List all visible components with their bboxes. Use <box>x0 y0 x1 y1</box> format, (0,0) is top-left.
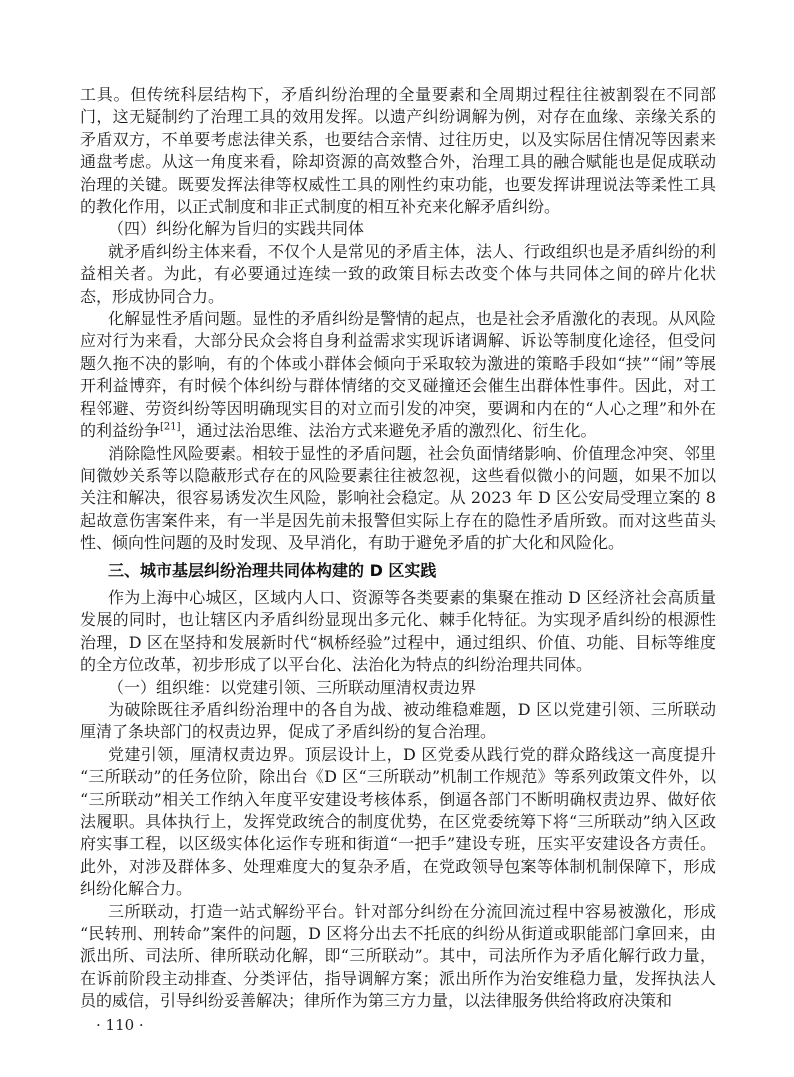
subsection-heading-4: （四）纠纷化解为旨归的实践共同体 <box>80 218 716 240</box>
page-number: · 110 · <box>80 1014 716 1036</box>
paragraph: 三所联动，打造一站式解纷平台。针对部分纠纷在分流回流过程中容易被激化，形成“民转… <box>80 901 716 1013</box>
section-heading-3: 三、城市基层纠纷治理共同体构建的 D 区实践 <box>80 560 716 582</box>
paragraph-continued: 工具。但传统科层结构下，矛盾纠纷治理的全量要素和全周期过程往往被割裂在不同部门，… <box>80 84 716 218</box>
paragraph: 作为上海中心城区，区域内人口、资源等各类要素的集聚在推动 D 区经济社会高质量发… <box>80 587 716 677</box>
subsection-heading-1: （一）组织维：以党建引领、三所联动厘清权责边界 <box>80 677 716 699</box>
citation-marker: [21] <box>160 422 181 433</box>
paragraph-text: ，通过法治思维、法治方式来避免矛盾的激烈化、衍生化。 <box>181 421 597 440</box>
paragraph: 为破除既往矛盾纠纷治理中的各自为战、被动维稳难题，D 区以党建引领、三所联动厘清… <box>80 699 716 744</box>
paragraph: 党建引领，厘清权责边界。顶层设计上，D 区党委从践行党的群众路线这一高度提升“三… <box>80 744 716 901</box>
paragraph: 就矛盾纠纷主体来看，不仅个人是常见的矛盾主体，法人、行政组织也是矛盾纠纷的利益相… <box>80 241 716 308</box>
paragraph: 消除隐性风险要素。相较于显性的矛盾问题，社会负面情绪影响、价值理念冲突、邻里间微… <box>80 443 716 555</box>
paragraph: 化解显性矛盾问题。显性的矛盾纠纷是警情的起点，也是社会矛盾激化的表现。从风险应对… <box>80 308 716 442</box>
document-page: 工具。但传统科层结构下，矛盾纠纷治理的全量要素和全周期过程往往被割裂在不同部门，… <box>0 0 794 1077</box>
